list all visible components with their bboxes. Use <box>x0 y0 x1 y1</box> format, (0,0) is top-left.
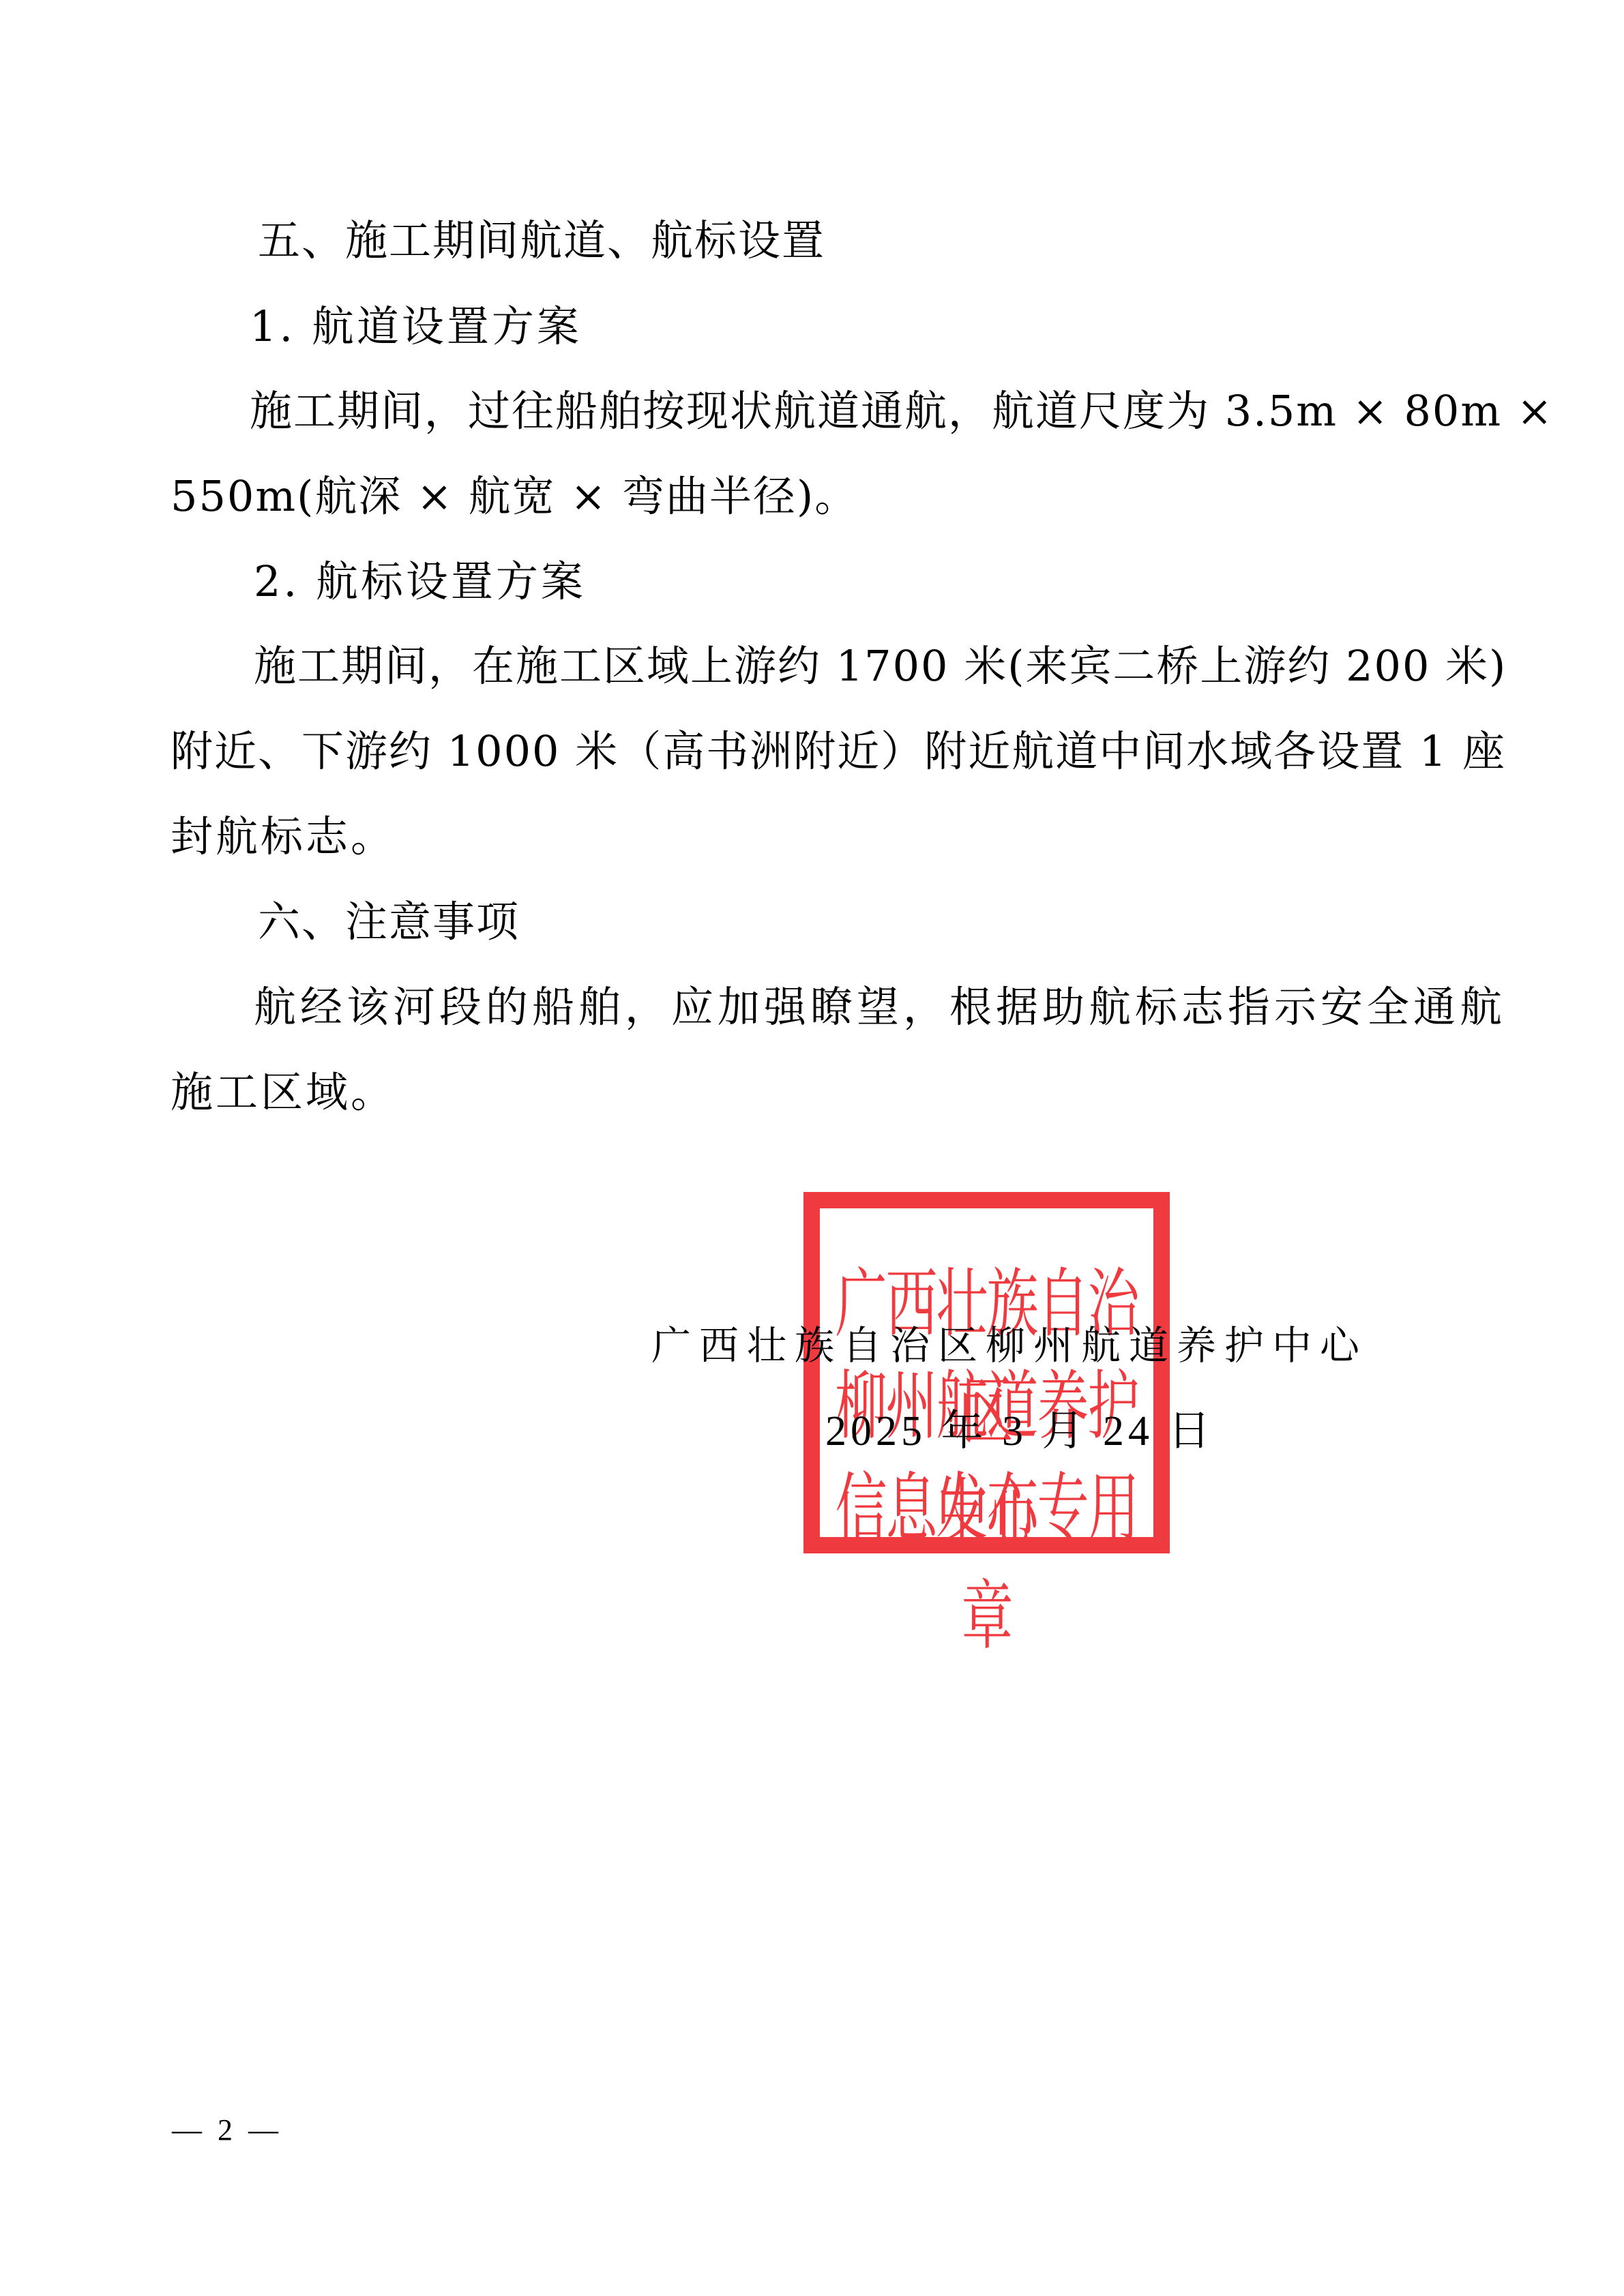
page-number: — 2 — <box>172 2113 282 2147</box>
signature-organization: 广西壮族自治区柳州航道养护中心 <box>651 1326 1368 1365</box>
section-6-heading: 六、注意事项 <box>258 901 520 943</box>
stamp-line-3: 信息发布专用章 <box>820 1448 1153 1664</box>
subsection-2-body-line-1: 施工期间，在施工区域上游约 1700 米(来宾二桥上游约 200 米) <box>254 645 1507 687</box>
signature-date: 2025 年 3 月 24 日 <box>825 1410 1215 1452</box>
subsection-2-title: 2. 航标设置方案 <box>254 561 586 603</box>
section-6-body-line-2: 施工区域。 <box>171 1071 396 1114</box>
subsection-1-body-line-2: 550m(航深 × 航宽 × 弯曲半径)。 <box>171 475 858 518</box>
section-5-heading: 五、施工期间航道、航标设置 <box>258 220 825 262</box>
subsection-2-body-line-3: 封航标志。 <box>171 816 396 858</box>
official-seal-stamp: 广西壮族自治区 柳州航道养护中心 信息发布专用章 <box>803 1192 1170 1553</box>
section-6-body-line-1: 航经该河段的船舶，应加强瞭望，根据助航标志指示安全通航 <box>254 986 1506 1028</box>
subsection-1-title: 1. 航道设置方案 <box>250 305 582 348</box>
subsection-2-body-line-2: 附近、下游约 1000 米（高书洲附近）附近航道中间水域各设置 1 座 <box>171 730 1506 773</box>
subsection-1-body-line-1: 施工期间，过往船舶按现状航道通航，航道尺度为 3.5m × 80m × <box>250 390 1554 432</box>
